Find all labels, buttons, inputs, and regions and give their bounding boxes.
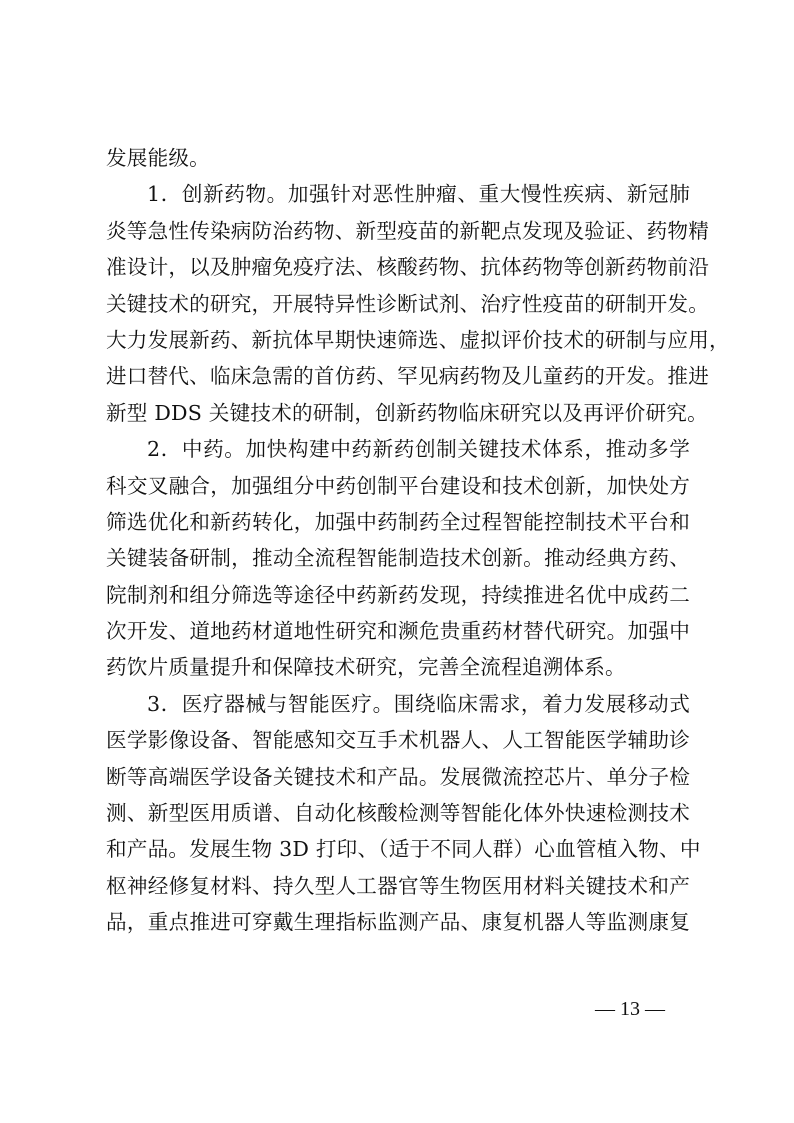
paragraph-continuation-line: 发展能级。: [106, 140, 690, 176]
section-3-line-2: 医学影像设备、智能感知交互手术机器人、人工智能医学辅助诊: [106, 722, 690, 758]
section-3-medical-devices-line-1: 3．医疗器械与智能医疗。围绕临床需求，着力发展移动式: [106, 686, 690, 722]
section-2-line-5: 院制剂和组分筛选等途径中药新药发现，持续推进名优中成药二: [106, 577, 690, 613]
section-1-line-6: 进口替代、临床急需的首仿药、罕见病药物及儿童药的开发。推进: [106, 358, 690, 394]
section-3-line-4: 测、新型医用质谱、自动化核酸检测等智能化体外快速检测技术: [106, 795, 690, 831]
section-2-line-7: 药饮片质量提升和保障技术研究，完善全流程追溯体系。: [106, 649, 690, 685]
section-1-line-4: 关键技术的研究，开展特异性诊断试剂、治疗性疫苗的研制开发。: [106, 286, 690, 322]
section-2-line-4: 关键装备研制，推动全流程智能制造技术创新。推动经典方药、: [106, 540, 690, 576]
section-3-line-3: 断等高端医学设备关键技术和产品。发展微流控芯片、单分子检: [106, 759, 690, 795]
section-3-line-6: 枢神经修复材料、持久型人工器官等生物医用材料关键技术和产: [106, 868, 690, 904]
section-1-innovative-drugs-line-1: 1．创新药物。加强针对恶性肿瘤、重大慢性疾病、新冠肺: [106, 176, 690, 212]
page-number: — 13 —: [592, 995, 668, 1023]
section-1-line-3: 准设计，以及肿瘤免疫疗法、核酸药物、抗体药物等创新药物前沿: [106, 249, 690, 285]
document-page: 发展能级。 1．创新药物。加强针对恶性肿瘤、重大慢性疾病、新冠肺 炎等急性传染病…: [106, 140, 690, 941]
section-3-line-7: 品，重点推进可穿戴生理指标监测产品、康复机器人等监测康复: [106, 904, 690, 940]
section-1-line-5: 大力发展新药、新抗体早期快速筛选、虚拟评价技术的研制与应用，: [106, 322, 690, 358]
section-2-tcm-line-1: 2．中药。加快构建中药新药创制关键技术体系，推动多学: [106, 431, 690, 467]
section-2-line-3: 筛选优化和新药转化，加强中药制药全过程智能控制技术平台和: [106, 504, 690, 540]
section-1-line-2: 炎等急性传染病防治药物、新型疫苗的新靶点发现及验证、药物精: [106, 213, 690, 249]
section-3-line-5: 和产品。发展生物 3D 打印、（适于不同人群）心血管植入物、中: [106, 831, 690, 867]
section-2-line-6: 次开发、道地药材道地性研究和濒危贵重药材替代研究。加强中: [106, 613, 690, 649]
section-1-line-7: 新型 DDS 关键技术的研制，创新药物临床研究以及再评价研究。: [106, 395, 690, 431]
section-2-line-2: 科交叉融合，加强组分中药创制平台建设和技术创新，加快处方: [106, 468, 690, 504]
